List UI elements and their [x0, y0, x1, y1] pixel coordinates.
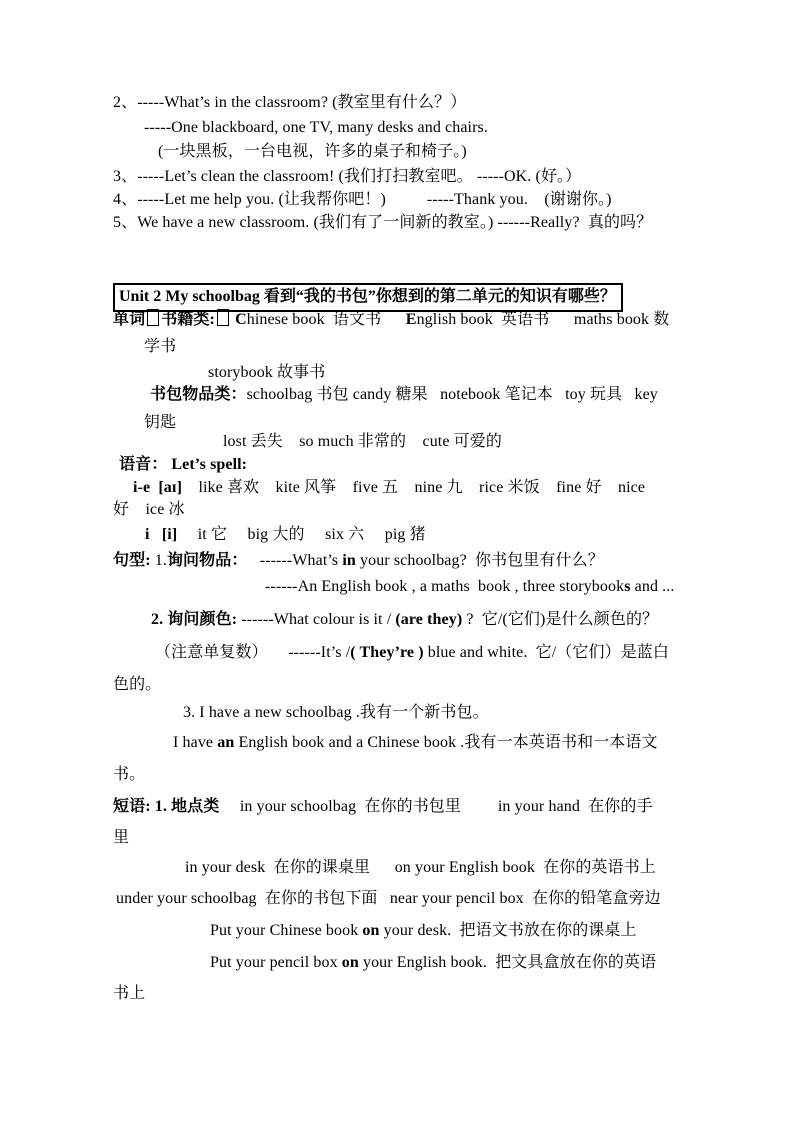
text-line: I have an English book and a Chinese boo… [173, 732, 658, 754]
text-line: 语音： Let’s spell: [119, 454, 247, 476]
text-segment: 句型: [113, 552, 151, 569]
text-segment: C [235, 311, 247, 328]
text-segment: on [342, 954, 359, 971]
text-line: Put your Chinese book on your desk. 把语文书… [210, 920, 637, 942]
text-segment: 3、-----Let’s clean the classroom! (我们打扫教… [113, 168, 581, 185]
text-segment: 书。 [113, 766, 145, 783]
text-segment: i [i] [145, 526, 177, 543]
text-segment: : [210, 311, 215, 328]
text-segment: 单词 [113, 311, 145, 328]
text-segment: 好 ice 冰 [113, 501, 185, 518]
missing-glyph-box [147, 309, 159, 326]
text-line: storybook 故事书 [208, 362, 325, 384]
text-segment: ------What colour is it / [237, 611, 395, 628]
text-segment: 里 [113, 829, 129, 846]
text-segment: 书上 [113, 985, 145, 1002]
text-line: 学书 [144, 336, 176, 358]
text-line: 2. 询问颜色: ------What colour is it / (are … [151, 609, 658, 631]
text-line: 3、-----Let’s clean the classroom! (我们打扫教… [113, 166, 581, 188]
text-line: 书上 [113, 983, 145, 1005]
text-segment: lost 丢失 so much 非常的 cute 可爱的 [223, 433, 502, 450]
text-segment: schoolbag 书包 candy 糖果 notebook 笔记本 toy 玩… [247, 386, 658, 403]
text-segment: 2. 询问颜色: [151, 611, 237, 628]
text-segment: (are they) [395, 611, 462, 628]
text-segment: English book and a Chinese book .我有一本英语书… [234, 734, 657, 751]
text-segment: 色的。 [113, 676, 161, 693]
text-line: ------An English book , a maths book , t… [265, 576, 674, 598]
text-segment: Put your Chinese book [210, 922, 362, 939]
text-segment: 语音： Let’s spell: [119, 456, 247, 473]
text-segment: 询问物品： [167, 552, 248, 569]
text-segment: 3. I have a new schoolbag .我有一个新书包。 [183, 704, 489, 721]
text-segment: 书籍类 [161, 311, 209, 328]
text-line: （注意单复数） ------It’s /( They’re ) blue and… [155, 642, 669, 664]
text-segment: your desk. 把语文书放在你的课桌上 [380, 922, 637, 939]
text-segment: E [406, 311, 417, 328]
text-segment: ? 它/(它们)是什么颜色的？ [462, 611, 658, 628]
text-segment: like 喜欢 kite 风筝 five 五 nine 九 rice 米饭 fi… [182, 479, 645, 496]
text-segment: storybook 故事书 [208, 364, 325, 381]
text-line: 里 [113, 827, 129, 849]
text-line: Put your pencil box on your English book… [210, 952, 656, 974]
text-line: 书。 [113, 764, 145, 786]
text-segment: and ... [631, 578, 675, 595]
text-segment: i-e [aɪ] [133, 479, 182, 496]
text-line: in your desk 在你的课桌里 on your English book… [185, 857, 656, 879]
text-line: under your schoolbag 在你的书包下面 near your p… [116, 888, 661, 910]
text-segment: (一块黑板，一台电视，许多的桌子和椅子。) [158, 143, 467, 160]
text-segment: ------What’s [247, 552, 342, 569]
text-line: 短语: 1. 地点类 in your schoolbag 在你的书包里 in y… [113, 796, 653, 818]
text-segment: 2、-----What’s in the classroom? (教室里有什么？… [113, 94, 466, 111]
document-text-body: 2、-----What’s in the classroom? (教室里有什么？… [113, 0, 678, 1122]
text-segment: on [362, 922, 379, 939]
text-segment: blue and white. 它/（它们）是蓝白 [424, 644, 669, 661]
document-page: Unit 2 My schoolbag 看到“我的书包”你想到的第二单元的知识有… [0, 0, 793, 1122]
text-line: 单词书籍类: Chinese book 语文书 English book 英语书… [113, 309, 669, 331]
text-segment: an [217, 734, 234, 751]
text-segment: 短语: 1. 地点类 [113, 798, 219, 815]
text-segment: in your desk 在你的课桌里 on your English book… [185, 859, 656, 876]
text-line: i-e [aɪ] like 喜欢 kite 风筝 five 五 nine 九 r… [133, 477, 645, 499]
text-segment: 钥匙 [144, 414, 176, 431]
text-segment: ( They’re ) [350, 644, 423, 661]
text-segment: 5、We have a new classroom. (我们有了一间新的教室。)… [113, 214, 652, 231]
text-segment: 1. [151, 552, 167, 569]
text-segment: under your schoolbag 在你的书包下面 near your p… [116, 890, 661, 907]
text-line: -----One blackboard, one TV, many desks … [144, 117, 488, 139]
text-segment: your English book. 把文具盒放在你的英语 [359, 954, 656, 971]
text-segment: Put your pencil box [210, 954, 342, 971]
text-segment: ------An English book , a maths book , t… [265, 578, 624, 595]
text-line: 色的。 [113, 674, 161, 696]
text-line: lost 丢失 so much 非常的 cute 可爱的 [223, 431, 502, 453]
text-line: 4、-----Let me help you. (让我帮你吧！) -----Th… [113, 189, 612, 211]
text-line: 5、We have a new classroom. (我们有了一间新的教室。)… [113, 212, 652, 234]
text-line: 2、-----What’s in the classroom? (教室里有什么？… [113, 92, 466, 114]
text-line: 好 ice 冰 [113, 499, 185, 521]
text-segment: 学书 [144, 338, 176, 355]
text-segment: your schoolbag? 你书包里有什么？ [356, 552, 604, 569]
text-segment: 书包物品类： [150, 386, 247, 403]
text-line: (一块黑板，一台电视，许多的桌子和椅子。) [158, 141, 467, 163]
text-line: 书包物品类：schoolbag 书包 candy 糖果 notebook 笔记本… [150, 384, 658, 406]
text-line: 3. I have a new schoolbag .我有一个新书包。 [183, 702, 489, 724]
text-segment: （注意单复数） ------It’s / [155, 644, 350, 661]
text-segment: in [342, 552, 356, 569]
text-segment: hinese book 语文书 [247, 311, 406, 328]
text-segment: 4、-----Let me help you. (让我帮你吧！) -----Th… [113, 191, 612, 208]
text-line: i [i] it 它 big 大的 six 六 pig 猪 [145, 524, 426, 546]
text-segment: -----One blackboard, one TV, many desks … [144, 119, 488, 136]
text-segment: it 它 big 大的 six 六 pig 猪 [177, 526, 425, 543]
text-segment: in your schoolbag 在你的书包里 in your hand 在你… [219, 798, 652, 815]
text-line: 句型: 1.询问物品： ------What’s in your schoolb… [113, 550, 604, 572]
missing-glyph-box [217, 309, 229, 326]
text-line: 钥匙 [144, 412, 176, 434]
text-segment: nglish book 英语书 maths book 数 [417, 311, 670, 328]
text-segment: I have [173, 734, 217, 751]
